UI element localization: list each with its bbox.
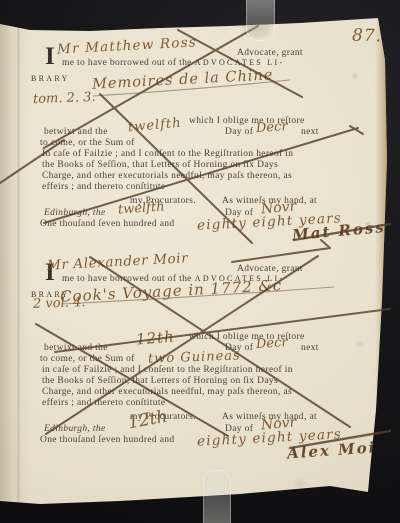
printed-failzie-line: In caſe of Failzie ; and I conſent to th…	[42, 149, 293, 159]
printed-books-line: the Books of Seſſion, that Letters of Ho…	[42, 376, 278, 386]
due-month-handwritten: Decr	[256, 335, 289, 352]
due-month-handwritten: Decr	[256, 119, 289, 136]
borrow-entry-1: I Mr Matthew Ross Advocate, grant me to …	[0, 44, 392, 244]
due-day-handwritten: twelfth	[127, 116, 182, 136]
page-top-edge-shading	[0, 14, 392, 20]
printed-charge-line: Charge, and other executorials needful, …	[42, 387, 292, 397]
printed-books-line: the Books of Seſſion, that Letters of Ho…	[42, 160, 278, 170]
borrow-entry-2: I Mr Alexander Moir Advocate, grant me t…	[0, 260, 392, 460]
printed-failzie-line: in caſe of Failzie ; and I conſent to th…	[42, 365, 293, 375]
signing-day-handwritten: twelfth	[118, 199, 166, 217]
borrower-name: Mr Matthew Ross	[57, 34, 198, 57]
printed-next-text: next	[301, 343, 319, 353]
printed-grant-text: Advocate, grant	[237, 264, 303, 274]
printed-next-text: next	[301, 127, 319, 137]
drop-cap-initial: I	[45, 44, 55, 69]
penalty-sum-handwritten: two Guineas	[148, 348, 241, 366]
printed-year-line: One thouſand ſeven hundred and	[40, 219, 175, 229]
printed-borrow-line: me to have borrowed out of theAdvocates …	[62, 58, 284, 68]
printed-grant-text: Advocate, grant	[237, 48, 303, 58]
printed-charge-line: Charge, and other executorials needful, …	[42, 171, 292, 181]
book-volumes: tom. 2. 3.	[33, 90, 96, 107]
page-holder-strap-top	[246, 0, 275, 41]
printed-year-line: One thouſand ſeven hundred and	[40, 435, 175, 445]
printed-betwixt-text: betwixt and the	[44, 343, 108, 353]
borrower-name: Mr Alexander Moir	[47, 250, 189, 273]
printed-borrow-text: me to have borrowed out of the	[62, 58, 192, 68]
library-name-caps: Advocates Li-	[195, 58, 285, 67]
book-title: Memoires de la Chine	[92, 67, 274, 92]
printed-betwixt-text: betwixt and the	[44, 127, 108, 137]
printed-sum-line: to come, or the Sum of	[40, 354, 135, 364]
page-holder-strap-bottom	[203, 470, 231, 523]
due-day-handwritten: 12th	[135, 327, 175, 348]
printed-day-of: Day of	[225, 127, 253, 137]
book-volumes: 2 vol. 4.	[33, 295, 86, 312]
signing-day-handwritten: 12th	[127, 407, 169, 434]
ledger-page: 87. I Mr Matthew Ross Advocate, grant me…	[0, 14, 392, 511]
photograph-background: 87. I Mr Matthew Ross Advocate, grant me…	[0, 0, 400, 523]
printed-effeirs-line: effeirs ; and thereto conſtitute	[42, 182, 165, 192]
printed-sum-line: to come, or the Sum of	[40, 138, 135, 148]
printed-edinburgh-text: Edinburgh, the	[44, 424, 106, 434]
printed-effeirs-line: effeirs ; and thereto conſtitute	[42, 398, 165, 408]
library-name-caps-cont: brary	[31, 74, 70, 83]
printed-edinburgh-text: Edinburgh, the	[44, 208, 106, 218]
